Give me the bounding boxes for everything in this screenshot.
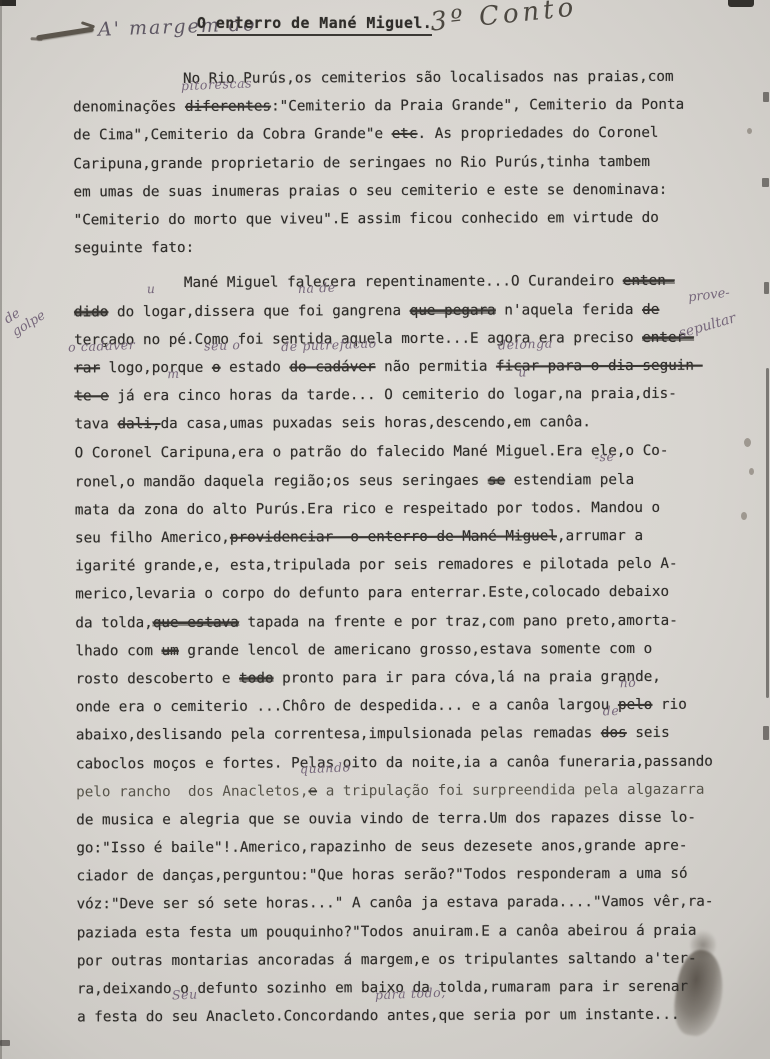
- handwritten-note: o cadaver: [68, 331, 136, 362]
- typed-line: Mané Miguel falecera repentinamente...O …: [74, 267, 724, 298]
- typed-text-block: No Rio Purús,os cemiterios são localisad…: [73, 63, 727, 1032]
- typed-text: ogar,dissera que foi: [151, 303, 332, 320]
- typed-text: mata da zona do alto Purús.Era rico e re…: [75, 500, 660, 519]
- typed-text: da tolda,: [75, 615, 153, 631]
- typed-text: lhado com: [75, 643, 161, 659]
- typed-text: seis: [627, 725, 670, 741]
- typed-text: seguinte fato:: [74, 240, 195, 257]
- struck-text: de: [642, 301, 659, 317]
- typed-line: seu filho Americo,providenciar o enterro…: [75, 522, 725, 553]
- handwritten-note: Seu: [171, 980, 198, 1009]
- handwritten-note: para todo,: [374, 979, 446, 1010]
- typed-line: onde era o cemiterio ...Chôro de despedi…: [76, 691, 726, 722]
- typed-text: a festa do: [77, 1009, 172, 1025]
- handwritten-note: na de: [298, 274, 337, 304]
- typed-text: abaixo,deslisando pela correntesa,impuls…: [76, 725, 601, 743]
- typed-text: pelo rancho dos Anacletos,: [76, 783, 308, 800]
- typed-line: caboclos moços e fortes. Pelas oito da n…: [76, 747, 726, 778]
- typed-text: antes,que seria por um instante...: [387, 1007, 680, 1024]
- handwritten-note: no: [619, 669, 637, 698]
- typed-text: merico,levaria o corpo do defunto para e…: [75, 584, 669, 603]
- typed-line: Caripuna,grande proprietario de seringae…: [73, 147, 723, 178]
- typed-text: ciador de danças,perguntou:"Que horas se…: [76, 866, 687, 885]
- typed-text: caboclos moços e fortes. Pelas oito da n…: [76, 753, 713, 772]
- typed-text: gangrena: [332, 302, 410, 318]
- paragraph: No Rio Purús,os cemiterios são localisad…: [73, 63, 724, 263]
- typed-line: seguinte fato:: [74, 232, 724, 263]
- typed-line: ronel,o mandão daquela região;os seus se…: [75, 465, 725, 496]
- typed-text: rio: [652, 697, 687, 713]
- page-title: O enterro de Mané Miguel.: [197, 15, 432, 36]
- typed-text: grande lencol de americano grosso,estava…: [179, 641, 652, 659]
- handwritten-note: quando: [300, 754, 352, 784]
- typed-line: denominações pitorescasdiferentes:"Cemit…: [73, 91, 723, 122]
- scan-speck: [749, 468, 754, 475]
- typed-line: de musica e alegria que se ouvia vindo d…: [76, 803, 726, 834]
- scan-edge-tick: [763, 92, 769, 102]
- typed-text: cinco horas da tarde... O cemiterio do l: [169, 387, 522, 405]
- scan-speck: [741, 512, 747, 520]
- struck-text: um: [161, 643, 178, 659]
- typed-line: ciador de danças,perguntou:"Que horas se…: [76, 860, 726, 891]
- typed-line: go:"Isso é baile"!.Americo,rapazinho de …: [76, 832, 726, 863]
- handwritten-note: delonga: [497, 329, 553, 359]
- typed-text: denominações: [73, 99, 185, 115]
- scan-speck: [747, 128, 752, 134]
- struck-text: todo: [239, 670, 274, 686]
- typed-line: lhado com um grande lencol de americano …: [75, 634, 725, 665]
- handwritten-note: de: [602, 697, 620, 726]
- typed-text: estendiam: [505, 472, 591, 488]
- pencil-arrow-mark: [36, 26, 94, 40]
- handwritten-note: pitorescas: [180, 69, 252, 100]
- typed-text: n'aquela ferida: [496, 301, 642, 318]
- typed-line: da tolda,que estava tapada na frente e p…: [75, 606, 725, 637]
- typed-line: paziada esta festa um pouquinho?"Todos a…: [77, 916, 727, 947]
- struck-text: providenciar o enterro de Mané Miguel: [230, 528, 557, 545]
- typed-text: Mané Miguel falecera repentinamente...O …: [184, 273, 623, 291]
- typed-text: ogar,na praia,dis-: [522, 386, 677, 403]
- struck-text: enten-: [623, 273, 675, 289]
- struck-text: e: [308, 783, 317, 799]
- scan-edge-line-right: [766, 368, 769, 698]
- struck-text: diferentes: [185, 99, 271, 115]
- scanned-manuscript-page: A' margem do O enterro de Mané Miguel. 3…: [0, 0, 770, 1059]
- typed-text: igarité grande,e, esta,tripulada por sei…: [75, 556, 678, 575]
- typed-text: seu Anacleto.Concordando: [172, 1008, 387, 1025]
- typed-line: "Cemiterio do morto que viveu".E assim f…: [74, 204, 724, 235]
- typed-line: No Rio Purús,os cemiterios são localisad…: [73, 63, 723, 94]
- handwritten-note: u: [147, 275, 157, 304]
- typed-text: tava: [74, 416, 117, 432]
- handwritten-note: m: [166, 360, 180, 389]
- typed-line: dido do luogar,dissera que foi na degang…: [74, 295, 724, 326]
- paragraph: Mané Miguel falecera repentinamente...O …: [74, 267, 725, 439]
- scan-artifact-corner: [0, 0, 16, 6]
- typed-text: em umas de suas inumeras praias o seu ce…: [73, 182, 667, 201]
- typed-line: igarité grande,e, esta,tripulada por sei…: [75, 550, 725, 581]
- struck-text: do cadáver: [289, 359, 375, 375]
- typed-text: vóz:"Deve ser só sete horas..." A canôa …: [77, 894, 714, 913]
- typed-text: logo,porque: [100, 360, 212, 376]
- typed-line: vóz:"Deve ser só sete horas..." A canôa …: [76, 888, 726, 919]
- typed-line: pelo rancho dos Anacletos,quandoe a trip…: [76, 775, 726, 806]
- typed-line: por outras montarias ancoradas á margem,…: [77, 944, 727, 975]
- typed-text: pronto para ir para cóva,lá na praia gra…: [274, 669, 661, 687]
- typed-line: O Coronel Caripuna,era o patrão do falec…: [75, 437, 725, 468]
- handwritten-note: seu o: [203, 331, 240, 361]
- struck-text: etc: [392, 126, 418, 142]
- scan-edge-tick: [762, 178, 769, 187]
- typed-text: "Cemiterio do morto que viveu".E assim f…: [74, 210, 659, 229]
- typed-text: tapada na frente e por traz,com pano pre…: [239, 612, 678, 630]
- struck-text: que estava: [153, 614, 239, 630]
- handwritten-note: de putrefacao: [281, 329, 378, 361]
- typed-text: rosto descoberto e: [76, 671, 240, 688]
- struck-text: dali,: [117, 416, 160, 432]
- typed-line: tava dali,da casa,umas puxadas seis hora…: [74, 408, 724, 439]
- typed-line: terçado no pé.Como foi sentida aquela mo…: [74, 323, 724, 354]
- struck-text: ficar para o dia seguin-: [496, 358, 703, 375]
- typed-text: Caripuna,grande proprietario de seringae…: [73, 153, 650, 172]
- typed-text: pela: [591, 472, 634, 488]
- typed-text: ,arrumar a: [557, 528, 643, 544]
- typed-text: não permitia: [375, 358, 496, 375]
- typed-line: abaixo,deslisando pela correntesa,impuls…: [76, 719, 726, 750]
- typed-text: paziada esta festa um pouquinho?"Todos a…: [77, 922, 697, 941]
- struck-text: dos: [601, 725, 627, 741]
- typed-line: a festa do Seuseu Anacleto.Concordando p…: [77, 1001, 727, 1032]
- scan-edge-tick: [763, 726, 769, 740]
- paragraph: O Coronel Caripuna,era o patrão do falec…: [75, 437, 728, 1032]
- typed-text: No Rio Purús,os cemiterios são localisad…: [183, 69, 674, 87]
- typed-text: por outras montarias ancoradas á margem,…: [77, 951, 697, 970]
- typed-line: merico,levaria o corpo do defunto para e…: [75, 578, 725, 609]
- typed-text: seu filho Americo,: [75, 530, 230, 547]
- typed-text: O Coronel Caripuna,era o patrão do falec…: [75, 443, 669, 462]
- struck-text: que pegara: [410, 302, 496, 318]
- struck-text: se: [488, 472, 505, 488]
- typed-line: de Cima",Cemiterio da Cobra Grande"e etc…: [73, 119, 723, 150]
- typed-line: em umas de suas inumeras praias o seu ce…: [73, 175, 723, 206]
- typed-text: a tripulação foi surpreendida pela algaz…: [317, 781, 704, 799]
- typed-text: do l: [108, 304, 151, 320]
- typed-text: . As propriedades do Coronel: [417, 125, 658, 142]
- typed-text: de Cima",Cemiterio da Cobra Grande"e: [73, 126, 392, 143]
- typed-text: já era: [109, 388, 169, 404]
- typed-line: te e já eram cinco horas da tarde... O c…: [74, 380, 724, 411]
- handwritten-note: -se: [595, 443, 616, 472]
- struck-text: pelo: [618, 697, 653, 713]
- typed-line: mata da zona do alto Purús.Era rico e re…: [75, 493, 725, 524]
- typed-text: go:"Isso é baile"!.Americo,rapazinho de …: [76, 838, 687, 857]
- scan-speck: [744, 438, 751, 447]
- struck-text: dido: [74, 304, 109, 320]
- typed-text: de musica e alegria que se ouvia vindo d…: [76, 810, 696, 829]
- scan-artifact-top: [728, 0, 754, 7]
- typed-text: :"Cemiterio da Praia Grande", Cemiterio …: [271, 97, 684, 115]
- handwritten-corner-note: 3º Conto: [429, 0, 579, 38]
- scan-edge-tick: [764, 282, 769, 294]
- margin-note-mn-left: de golpe: [2, 290, 57, 340]
- typed-text: da casa,umas puxadas seis horas,descendo…: [161, 414, 591, 432]
- struck-text: te e: [74, 388, 109, 404]
- handwritten-note: u: [517, 358, 527, 387]
- typed-text: onde era o cemiterio ...Chôro de despedi…: [76, 697, 618, 715]
- scan-edge-line-left: [0, 0, 2, 1059]
- scan-edge-tick: [0, 1040, 10, 1046]
- typed-text: ronel,o mandão daquela região;os seus se…: [75, 472, 488, 490]
- typed-text: estado: [221, 359, 290, 375]
- struck-text: rar: [74, 360, 100, 376]
